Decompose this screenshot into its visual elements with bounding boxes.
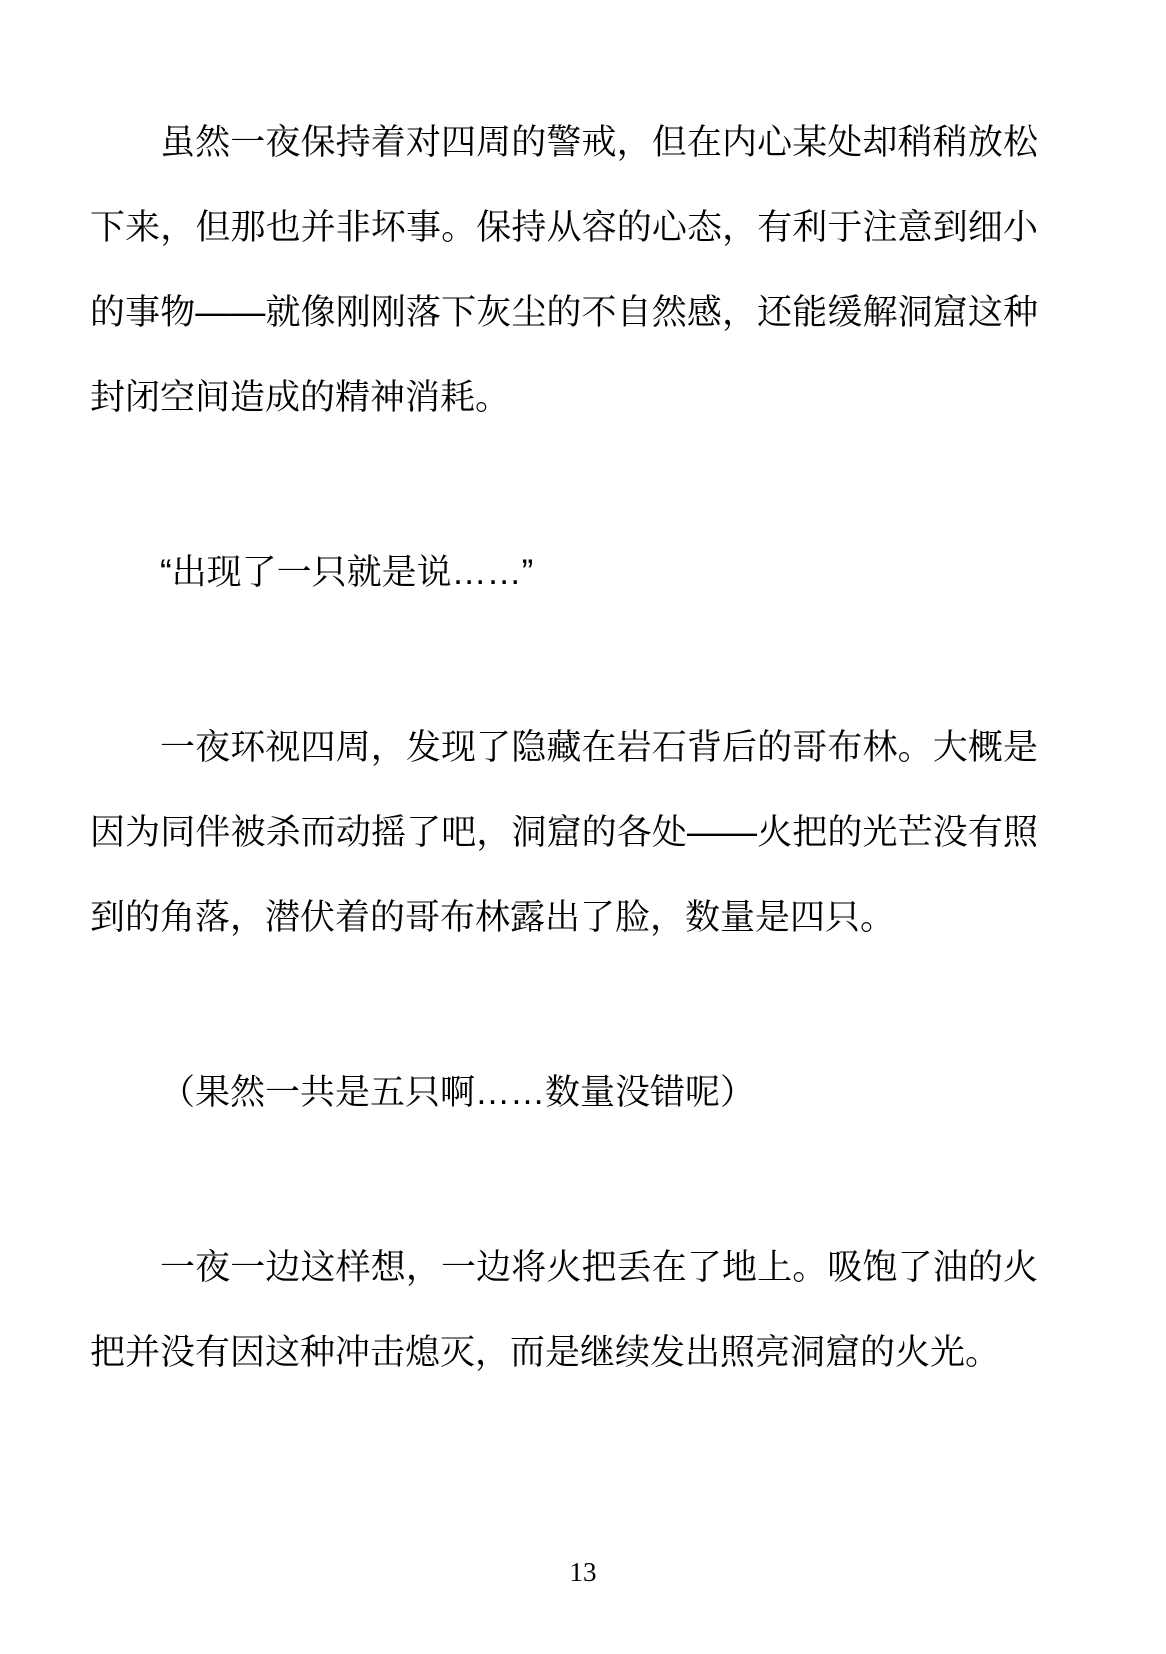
paragraph: 虽然一夜保持着对四周的警戒，但在内心某处却稍稍放松下来，但那也并非坏事。保持从容… [90, 100, 1038, 440]
page-number: 13 [0, 1556, 1166, 1588]
text-body: 虽然一夜保持着对四周的警戒，但在内心某处却稍稍放松下来，但那也并非坏事。保持从容… [90, 100, 1038, 1395]
document-page: 虽然一夜保持着对四周的警戒，但在内心某处却稍稍放松下来，但那也并非坏事。保持从容… [0, 0, 1166, 1654]
paragraph: （果然一共是五只啊……数量没错呢） [90, 1050, 1038, 1135]
paragraph: “出现了一只就是说……” [90, 530, 1038, 615]
paragraph: 一夜环视四周，发现了隐藏在岩石背后的哥布林。大概是因为同伴被杀而动摇了吧，洞窟的… [90, 705, 1038, 960]
paragraph: 一夜一边这样想，一边将火把丢在了地上。吸饱了油的火把并没有因这种冲击熄灭，而是继… [90, 1225, 1038, 1395]
